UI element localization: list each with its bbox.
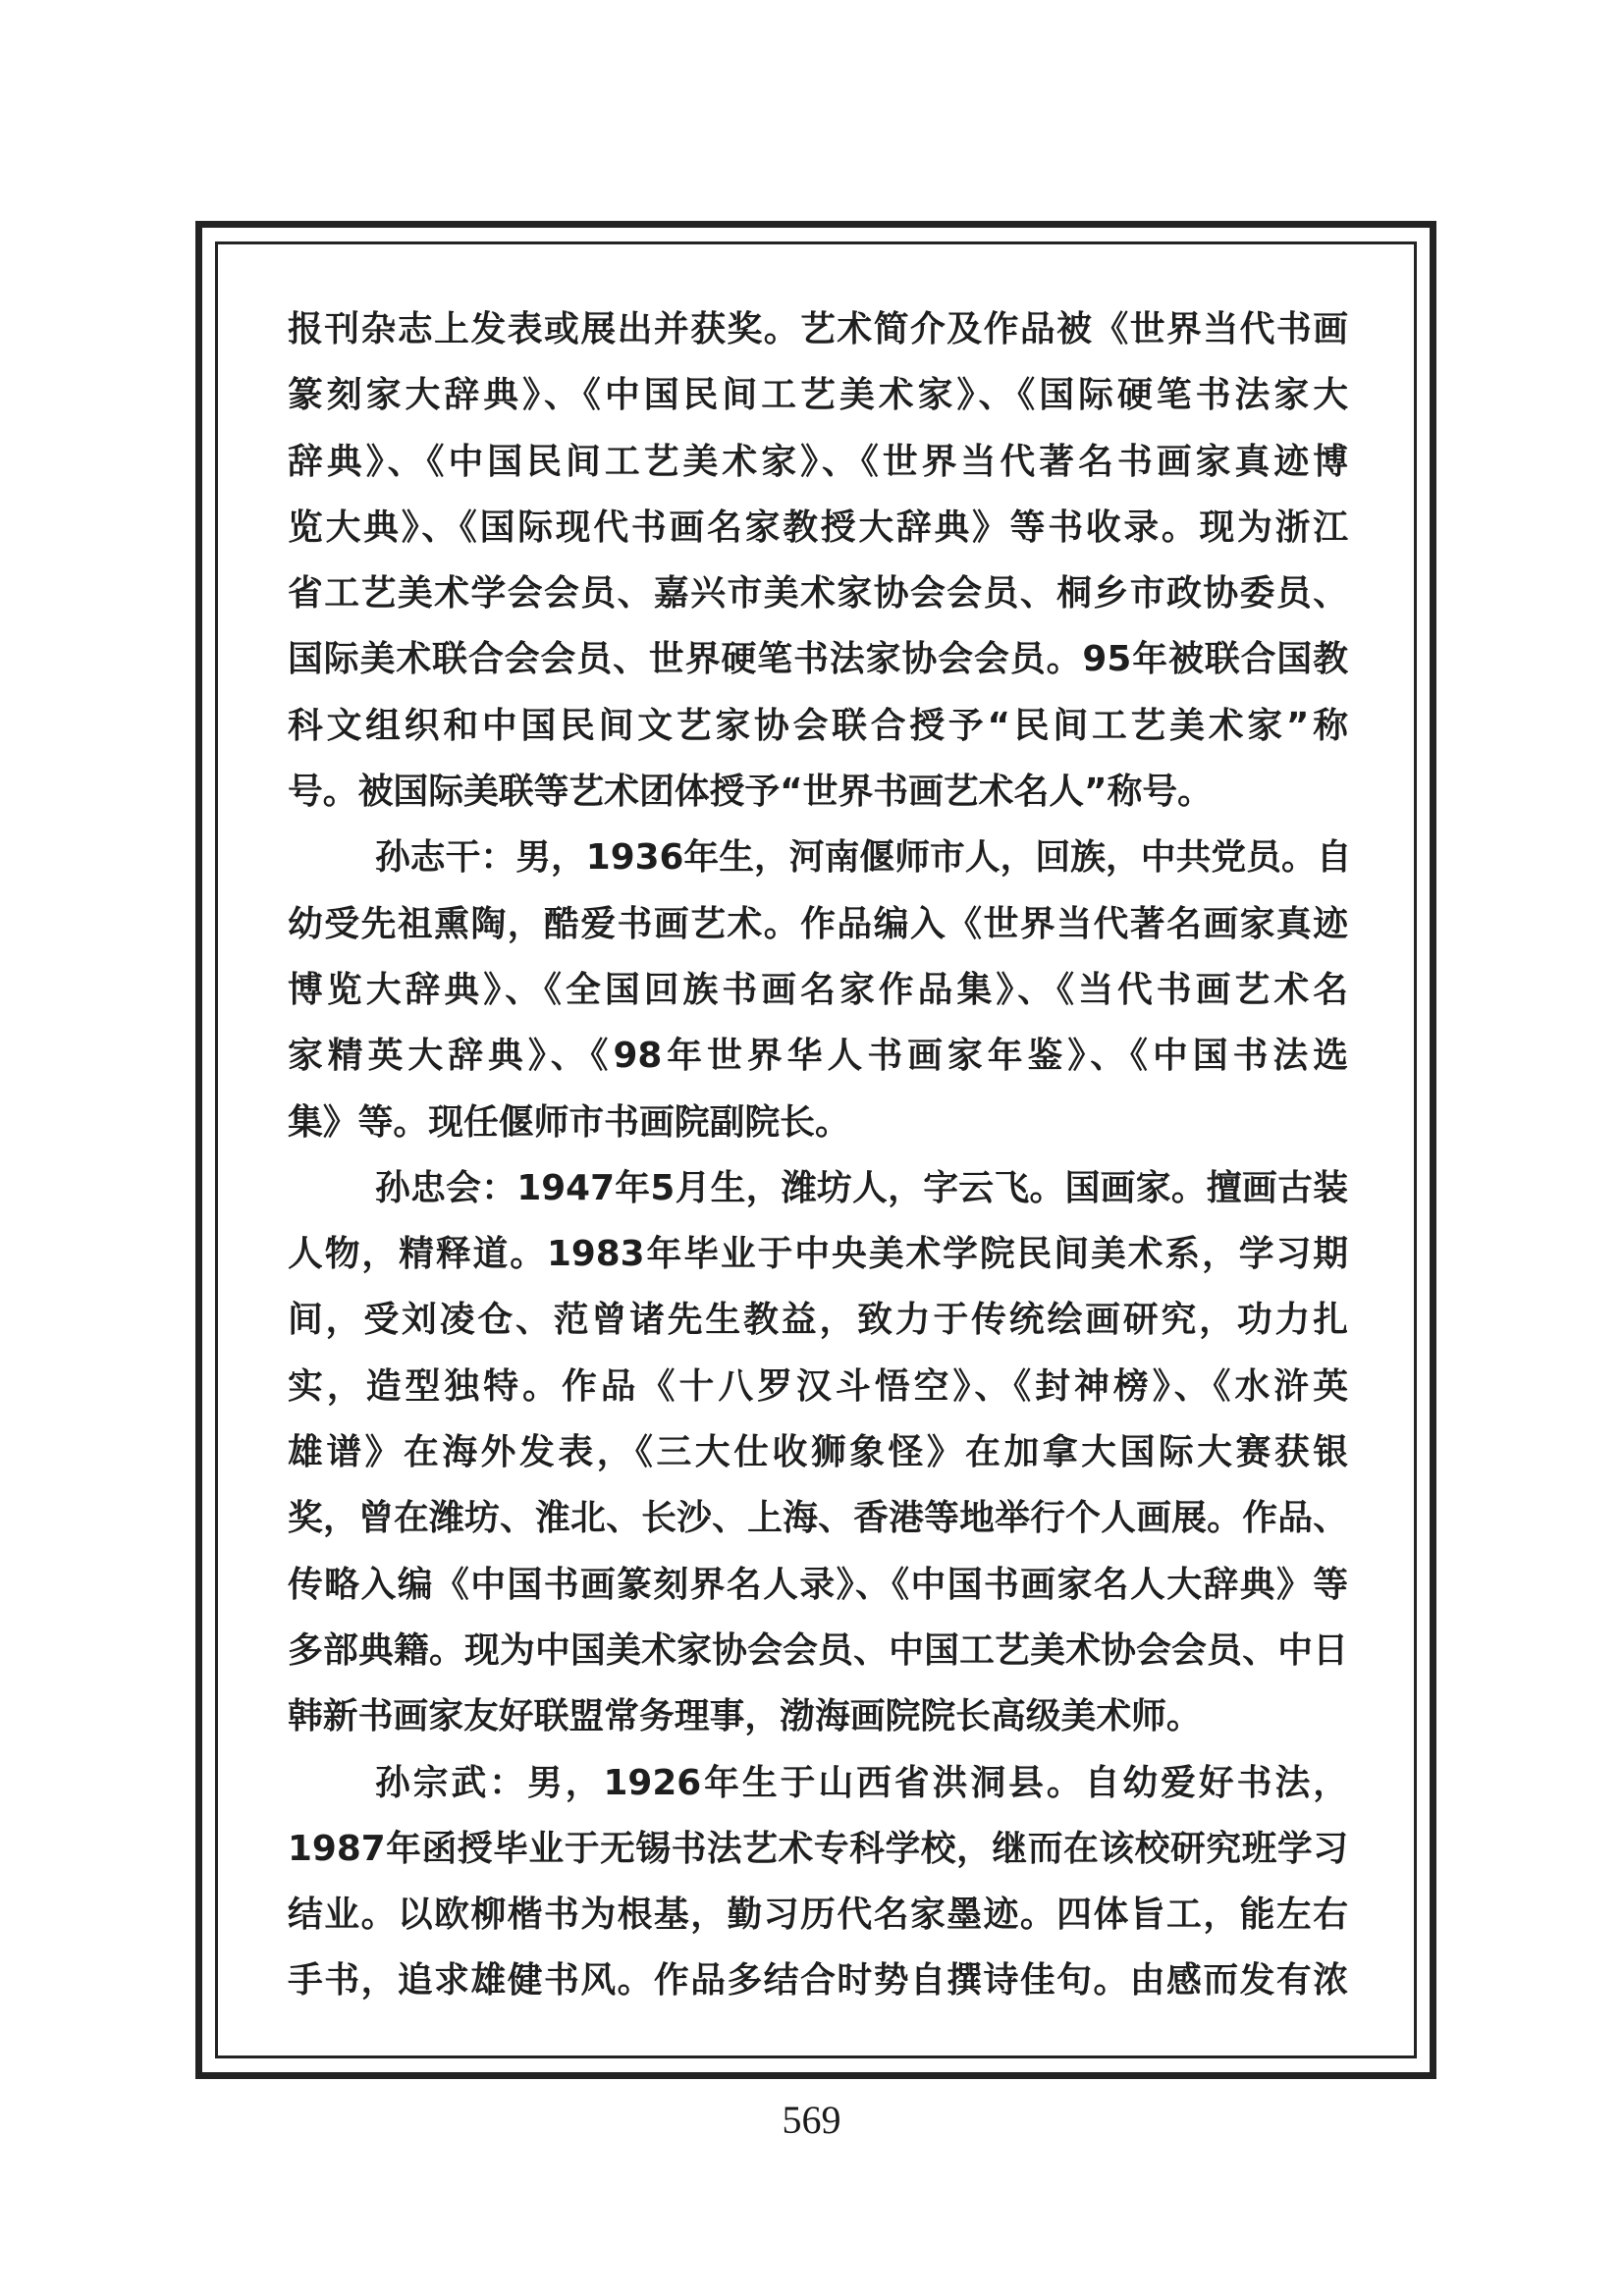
text-line: 览大典》、《国际现代书画名家教授大辞典》等书收录。现为浙江 — [288, 505, 1348, 570]
text-line: 辞典》、《中国民间工艺美术家》、《世界当代著名书画家真迹博 — [288, 439, 1348, 505]
text-line: 集》等。现任偃师市书画院副院长。 — [288, 1099, 1348, 1165]
entry-heading-line: 孙忠会：1947年5月生，潍坊人，字云飞。国画家。擅画古装 — [288, 1165, 1348, 1231]
text-line: 手书，追求雄健书风。作品多结合时势自撰诗佳句。由感而发有浓 — [288, 1957, 1348, 2023]
text-line: 国际美术联合会会员、世界硬笔书法家协会会员。95年被联合国教 — [288, 636, 1348, 702]
text-line: 奖，曾在潍坊、淮北、长沙、上海、香港等地举行个人画展。作品、 — [288, 1495, 1348, 1561]
biography-text-block: 报刊杂志上发表或展出并获奖。艺术简介及作品被《世界当代书画 篆刻家大辞典》、《中… — [288, 306, 1348, 2024]
text-line: 科文组织和中国民间文艺家协会联合授予“民间工艺美术家”称 — [288, 703, 1348, 769]
page-number: 569 — [0, 2097, 1623, 2143]
text-line: 报刊杂志上发表或展出并获奖。艺术简介及作品被《世界当代书画 — [288, 306, 1348, 372]
text-line: 传略入编《中国书画篆刻界名人录》、《中国书画家名人大辞典》等 — [288, 1562, 1348, 1628]
text-line: 人物，精释道。1983年毕业于中央美术学院民间美术系，学习期 — [288, 1231, 1348, 1297]
text-line: 1987年函授毕业于无锡书法艺术专科学校，继而在该校研究班学习 — [288, 1826, 1348, 1892]
text-line: 幼受先祖熏陶，酷爱书画艺术。作品编入《世界当代著名画家真迹 — [288, 901, 1348, 967]
entry-heading-line: 孙宗武：男，1926年生于山西省洪洞县。自幼爱好书法， — [288, 1760, 1348, 1826]
text-line: 实，造型独特。作品《十八罗汉斗悟空》、《封神榜》、《水浒英 — [288, 1363, 1348, 1429]
text-line: 间，受刘凌仓、范曾诸先生教益，致力于传统绘画研究，功力扎 — [288, 1297, 1348, 1362]
text-line: 韩新书画家友好联盟常务理事，渤海画院院长高级美术师。 — [288, 1693, 1348, 1759]
text-line: 省工艺美术学会会员、嘉兴市美术家协会会员、桐乡市政协委员、 — [288, 570, 1348, 636]
entry-heading-line: 孙志干：男，1936年生，河南偃师市人，回族，中共党员。自 — [288, 834, 1348, 900]
paragraph-sun-zongwu: 孙宗武：男，1926年生于山西省洪洞县。自幼爱好书法， 1987年函授毕业于无锡… — [288, 1760, 1348, 2024]
paragraph-sun-zhonghui: 孙忠会：1947年5月生，潍坊人，字云飞。国画家。擅画古装 人物，精释道。198… — [288, 1165, 1348, 1760]
text-line: 多部典籍。现为中国美术家协会会员、中国工艺美术协会会员、中日 — [288, 1628, 1348, 1693]
text-line: 雄谱》在海外发表，《三大仕收狮象怪》在加拿大国际大赛获银 — [288, 1429, 1348, 1495]
text-line: 篆刻家大辞典》、《中国民间工艺美术家》、《国际硬笔书法家大 — [288, 372, 1348, 438]
paragraph-sun-zhigan: 孙志干：男，1936年生，河南偃师市人，回族，中共党员。自 幼受先祖熏陶，酷爱书… — [288, 834, 1348, 1164]
paragraph-continuation: 报刊杂志上发表或展出并获奖。艺术简介及作品被《世界当代书画 篆刻家大辞典》、《中… — [288, 306, 1348, 834]
text-line: 号。被国际美联等艺术团体授予“世界书画艺术名人”称号。 — [288, 769, 1348, 834]
text-line: 家精英大辞典》、《98年世界华人书画家年鉴》、《中国书法选 — [288, 1033, 1348, 1098]
text-line: 博览大辞典》、《全国回族书画名家作品集》、《当代书画艺术名 — [288, 967, 1348, 1033]
text-line: 结业。以欧柳楷书为根基，勤习历代名家墨迹。四体旨工，能左右 — [288, 1892, 1348, 1957]
